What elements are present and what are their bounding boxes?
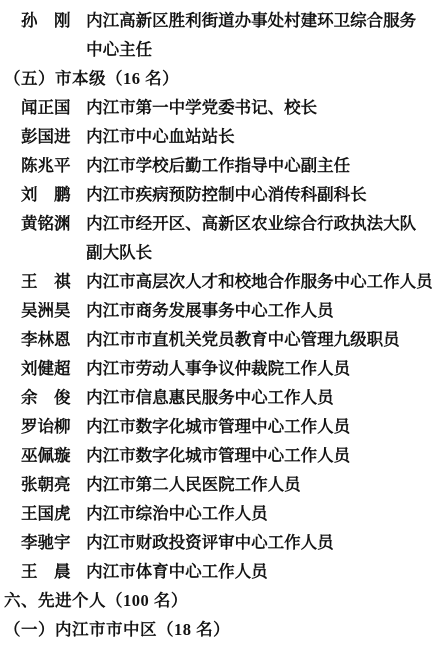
entry-row: 巫佩璇 内江市数字化城市管理中心工作人员 (0, 441, 446, 470)
person-name: 余 俊 (21, 383, 71, 412)
person-title: 内江市第二人民医院工作人员 (86, 470, 442, 499)
person-title: 内江市信息惠民服务中心工作人员 (86, 383, 442, 412)
person-name: 孙 刚 (21, 6, 71, 35)
person-title: 内江市第一中学党委书记、校长 (86, 93, 442, 122)
person-title: 内江市数字化城市管理中心工作人员 (86, 441, 442, 470)
person-title: 内江市经开区、高新区农业综合行政执法大队 副大队长 (86, 209, 442, 267)
person-name: 闻正国 (21, 93, 71, 122)
person-name: 刘健超 (21, 354, 71, 383)
entry-row: 吴洲昊 内江市商务发展事务中心工作人员 (0, 296, 446, 325)
section-6-heading: 六、先进个人（100 名） (0, 586, 446, 615)
entry-row: 闻正国 内江市第一中学党委书记、校长 (0, 93, 446, 122)
person-title: 内江市劳动人事争议仲裁院工作人员 (86, 354, 442, 383)
person-name: 刘 鹏 (21, 180, 71, 209)
entry-row: 陈兆平 内江市学校后勤工作指导中心副主任 (0, 151, 446, 180)
person-title: 内江市商务发展事务中心工作人员 (86, 296, 442, 325)
person-title: 内江市学校后勤工作指导中心副主任 (86, 151, 442, 180)
entry-row: 罗诒柳 内江市数字化城市管理中心工作人员 (0, 412, 446, 441)
person-title: 内江市中心血站站长 (86, 122, 442, 151)
person-title: 内江市高层次人才和校地合作服务中心工作人员 (86, 267, 442, 296)
person-name: 王 祺 (21, 267, 71, 296)
person-name: 王国虎 (21, 499, 71, 528)
person-name: 李驰宇 (21, 528, 71, 557)
entry-row: 李驰宇 内江市财政投资评审中心工作人员 (0, 528, 446, 557)
person-title: 内江市综治中心工作人员 (86, 499, 442, 528)
section-6-sub-heading: （一）内江市市中区（18 名） (0, 615, 446, 644)
person-title: 内江市体育中心工作人员 (86, 557, 442, 586)
entry-row: 王 晨 内江市体育中心工作人员 (0, 557, 446, 586)
person-title: 内江市疾病预防控制中心消传科副科长 (86, 180, 442, 209)
entry-row: 张朝亮 内江市第二人民医院工作人员 (0, 470, 446, 499)
entry-row: 王 祺 内江市高层次人才和校地合作服务中心工作人员 (0, 267, 446, 296)
entry-row: 刘 鹏 内江市疾病预防控制中心消传科副科长 (0, 180, 446, 209)
person-name: 张朝亮 (21, 470, 71, 499)
person-title: 内江高新区胜利街道办事处村建环卫综合服务 中心主任 (86, 6, 442, 64)
section-5-heading: （五）市本级（16 名） (0, 64, 446, 93)
person-name: 陈兆平 (21, 151, 71, 180)
person-title: 内江市市直机关党员教育中心管理九级职员 (86, 325, 442, 354)
document-page: 孙 刚 内江高新区胜利街道办事处村建环卫综合服务 中心主任 （五）市本级（16 … (0, 0, 446, 659)
person-name: 王 晨 (21, 557, 71, 586)
entry-row: 王国虎 内江市综治中心工作人员 (0, 499, 446, 528)
person-title: 内江市数字化城市管理中心工作人员 (86, 412, 442, 441)
person-name: 罗诒柳 (21, 412, 71, 441)
entry-row: 孙 刚 内江高新区胜利街道办事处村建环卫综合服务 中心主任 (0, 6, 446, 64)
entry-row: 彭国进 内江市中心血站站长 (0, 122, 446, 151)
person-name: 吴洲昊 (21, 296, 71, 325)
person-name: 彭国进 (21, 122, 71, 151)
entry-row: 李林恩 内江市市直机关党员教育中心管理九级职员 (0, 325, 446, 354)
entry-row: 刘健超 内江市劳动人事争议仲裁院工作人员 (0, 354, 446, 383)
person-title: 内江市财政投资评审中心工作人员 (86, 528, 442, 557)
entry-row: 黄铭渊 内江市经开区、高新区农业综合行政执法大队 副大队长 (0, 209, 446, 267)
person-name: 黄铭渊 (21, 209, 71, 238)
person-name: 巫佩璇 (21, 441, 71, 470)
entry-row: 余 俊 内江市信息惠民服务中心工作人员 (0, 383, 446, 412)
person-name: 李林恩 (21, 325, 71, 354)
